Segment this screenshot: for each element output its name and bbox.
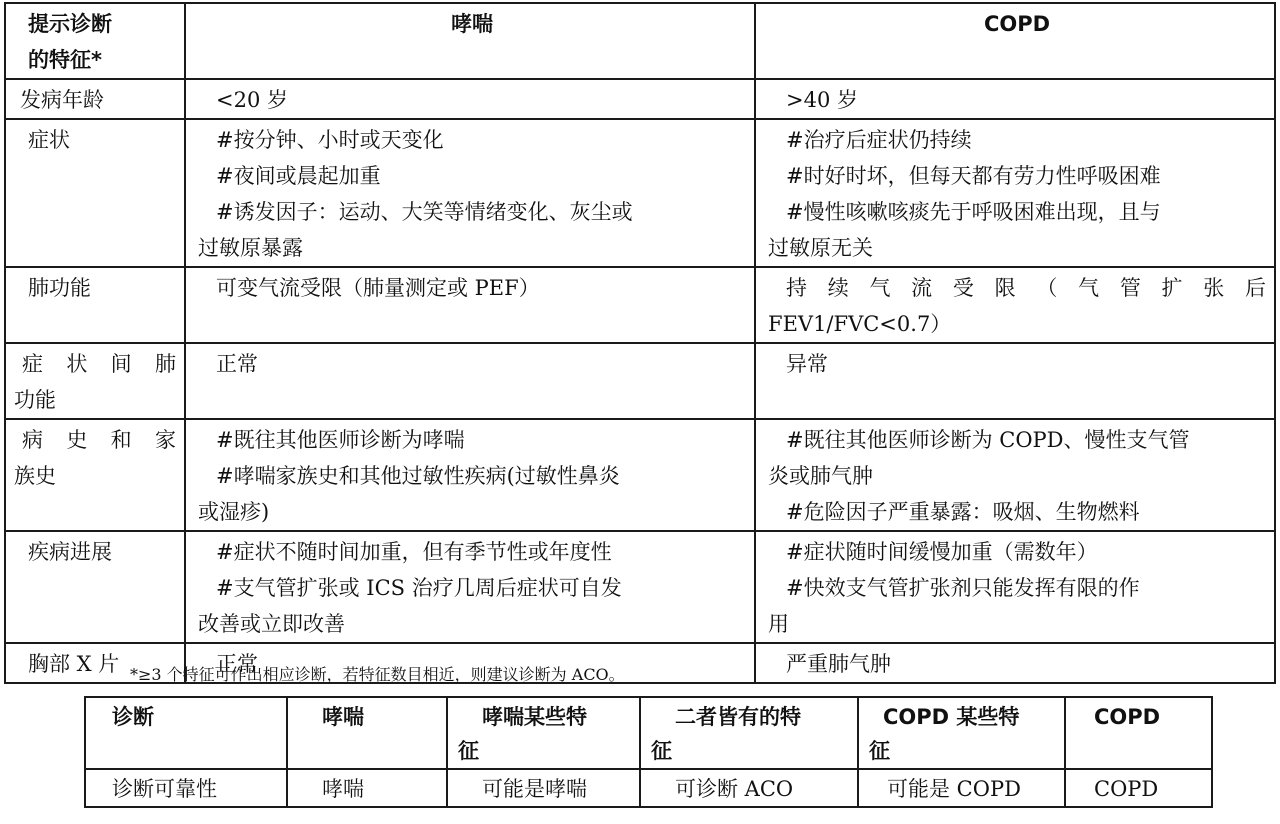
copd-cell: >40 岁 <box>755 79 1275 119</box>
asthma-cell: 可变气流受限（肺量测定或 PEF） <box>185 267 755 343</box>
summary-cell-copd: COPD <box>1065 769 1212 807</box>
table-row-progression: 疾病进展 #症状不随时间加重，但有季节性或年度性 #支气管扩张或 ICS 治疗几… <box>5 531 1275 643</box>
asthma-cell: #按分钟、小时或天变化 #夜间或晨起加重 #诱发因子：运动、大笑等情绪变化、灰尘… <box>185 119 755 267</box>
table-row-onset-age: 发病年龄 <20 岁 >40 岁 <box>5 79 1275 119</box>
copd-cell: #治疗后症状仍持续 #时好时坏，但每天都有劳力性呼吸困难 #慢性咳嗽咳痰先于呼吸… <box>755 119 1275 267</box>
feature-cell: 病史和家 族史 <box>5 419 185 531</box>
table-row-history: 病史和家 族史 #既往其他医师诊断为哮喘 #哮喘家族史和其他过敏性疾病(过敏性鼻… <box>5 419 1275 531</box>
diagnosis-summary-table: 诊断 哮喘 哮喘某些特 征 二者皆有的特 征 COPD 某些特 征 COPD 诊… <box>84 696 1213 808</box>
asthma-copd-comparison-table: 提示诊断 的特征* 哮喘 COPD 发病年龄 <20 岁 >40 岁 症状 #按… <box>4 2 1276 684</box>
asthma-cell: <20 岁 <box>185 79 755 119</box>
summary-header-some-asthma: 哮喘某些特 征 <box>447 697 640 769</box>
asthma-cell: #症状不随时间加重，但有季节性或年度性 #支气管扩张或 ICS 治疗几周后症状可… <box>185 531 755 643</box>
feature-cell: 疾病进展 <box>5 531 185 643</box>
summary-cell-asthma: 哮喘 <box>287 769 447 807</box>
summary-cell-both: 可诊断 ACO <box>640 769 858 807</box>
table-row-interval-lung-function: 症状间肺 功能 正常 异常 <box>5 343 1275 419</box>
copd-cell: 持续气流受限（气管扩张后 FEV1/FVC<0.7） <box>755 267 1275 343</box>
copd-cell: 严重肺气肿 <box>755 643 1275 683</box>
header-copd: COPD <box>755 3 1275 79</box>
summary-cell-some-copd: 可能是 COPD <box>858 769 1065 807</box>
copd-cell: #既往其他医师诊断为 COPD、慢性支气管 炎或肺气肿 #危险因子严重暴露：吸烟… <box>755 419 1275 531</box>
feature-cell: 症状 <box>5 119 185 267</box>
feature-cell: 肺功能 <box>5 267 185 343</box>
feature-cell: 发病年龄 <box>5 79 185 119</box>
asthma-cell: #既往其他医师诊断为哮喘 #哮喘家族史和其他过敏性疾病(过敏性鼻炎 或湿疹) <box>185 419 755 531</box>
header-feature: 提示诊断 的特征* <box>5 3 185 79</box>
copd-cell: 异常 <box>755 343 1275 419</box>
summary-header-both: 二者皆有的特 征 <box>640 697 858 769</box>
summary-header-copd: COPD <box>1065 697 1212 769</box>
summary-cell-label: 诊断可靠性 <box>85 769 287 807</box>
footnote: *≥3 个特征可作出相应诊断，若特征数目相近，则建议诊断为 ACO。 <box>130 664 625 686</box>
summary-cell-some-asthma: 可能是哮喘 <box>447 769 640 807</box>
asthma-cell: 正常 <box>185 343 755 419</box>
summary-header-row: 诊断 哮喘 哮喘某些特 征 二者皆有的特 征 COPD 某些特 征 COPD <box>85 697 1212 769</box>
table-row-symptoms: 症状 #按分钟、小时或天变化 #夜间或晨起加重 #诱发因子：运动、大笑等情绪变化… <box>5 119 1275 267</box>
summary-header-asthma: 哮喘 <box>287 697 447 769</box>
table-header-row: 提示诊断 的特征* 哮喘 COPD <box>5 3 1275 79</box>
summary-row-reliability: 诊断可靠性 哮喘 可能是哮喘 可诊断 ACO 可能是 COPD COPD <box>85 769 1212 807</box>
summary-header-diagnosis: 诊断 <box>85 697 287 769</box>
feature-cell: 症状间肺 功能 <box>5 343 185 419</box>
table-row-lung-function: 肺功能 可变气流受限（肺量测定或 PEF） 持续气流受限（气管扩张后 FEV1/… <box>5 267 1275 343</box>
summary-header-some-copd: COPD 某些特 征 <box>858 697 1065 769</box>
header-asthma: 哮喘 <box>185 3 755 79</box>
copd-cell: #症状随时间缓慢加重（需数年） #快效支气管扩张剂只能发挥有限的作 用 <box>755 531 1275 643</box>
